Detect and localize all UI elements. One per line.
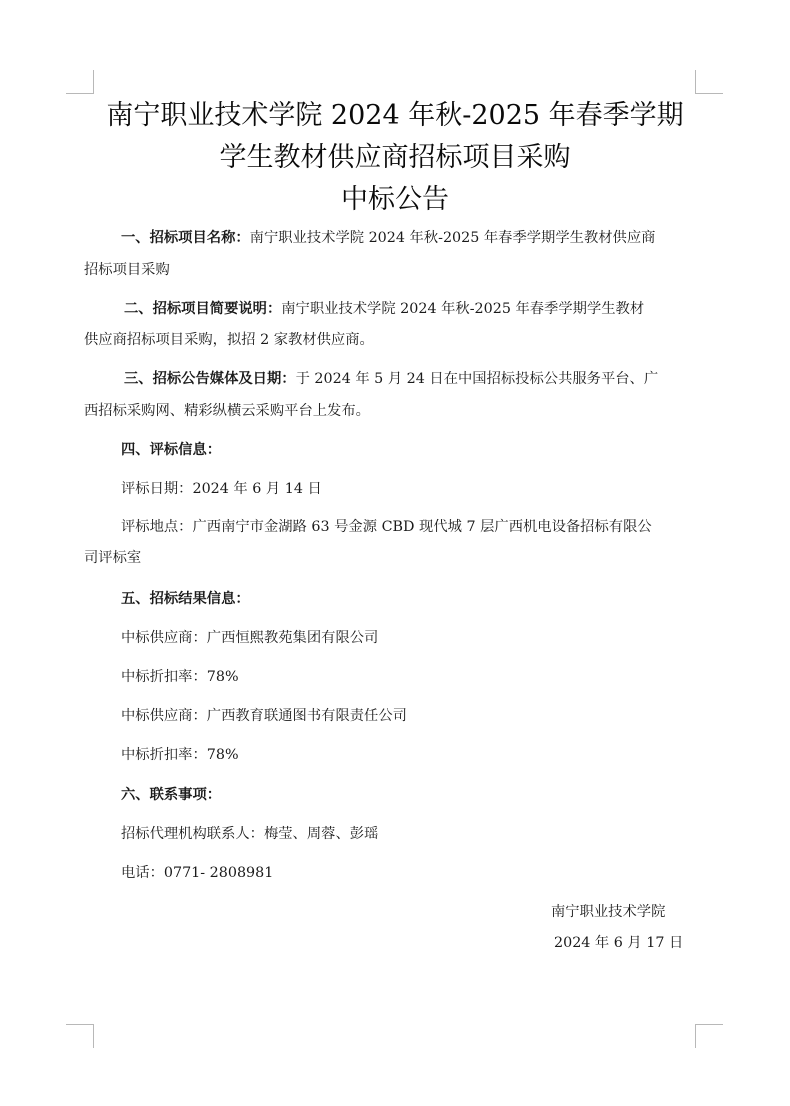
evaluation-location-continued: 司评标室 — [84, 548, 141, 568]
section-1-text: 南宁职业技术学院 2024 年秋-2025 年春季学期学生教材供应商 — [250, 230, 656, 246]
evaluation-date: 评标日期：2024 年 6 月 14 日 — [121, 479, 322, 499]
page-corner-mark-bottom-right — [695, 1024, 723, 1048]
section-2-heading: 二、招标项目简要说明： — [124, 301, 281, 317]
agency-contacts: 招标代理机构联系人：梅莹、周蓉、彭瑶 — [121, 824, 378, 844]
section-4-heading: 四、评标信息： — [121, 440, 221, 460]
signature-organization: 南宁职业技术学院 — [551, 902, 665, 922]
section-6-heading: 六、联系事项： — [121, 785, 221, 805]
winning-supplier-2: 中标供应商：广西教育联通图书有限责任公司 — [121, 706, 407, 726]
section-2: 二、招标项目简要说明：南宁职业技术学院 2024 年秋-2025 年春季学期学生… — [124, 299, 644, 319]
section-2-text-continued: 供应商招标项目采购，拟招 2 家教材供应商。 — [84, 330, 374, 350]
signature-date: 2024 年 6 月 17 日 — [554, 933, 683, 953]
section-5-heading: 五、招标结果信息： — [121, 589, 250, 609]
document-title-line-2: 学生教材供应商招标项目采购 — [0, 142, 790, 174]
document-title-line-3: 中标公告 — [0, 184, 790, 216]
winning-discount-rate-2: 中标折扣率：78% — [121, 745, 239, 765]
section-3: 三、招标公告媒体及日期：于 2024 年 5 月 24 日在中国招标投标公共服务… — [124, 369, 658, 389]
evaluation-location: 评标地点：广西南宁市金湖路 63 号金源 CBD 现代城 7 层广西机电设备招标… — [121, 517, 652, 537]
section-3-text: 于 2024 年 5 月 24 日在中国招标投标公共服务平台、广 — [296, 371, 659, 387]
section-2-text: 南宁职业技术学院 2024 年秋-2025 年春季学期学生教材 — [281, 301, 644, 317]
winning-supplier-1: 中标供应商：广西恒熙教苑集团有限公司 — [121, 628, 378, 648]
section-1-heading: 一、招标项目名称： — [121, 230, 250, 246]
contact-phone: 电话：0771- 2808981 — [121, 863, 273, 883]
page-corner-mark-top-left — [66, 70, 94, 94]
page-corner-mark-top-right — [695, 70, 723, 94]
section-3-heading: 三、招标公告媒体及日期： — [124, 371, 296, 387]
section-1-text-continued: 招标项目采购 — [84, 260, 170, 280]
page-corner-mark-bottom-left — [66, 1024, 94, 1048]
section-1: 一、招标项目名称：南宁职业技术学院 2024 年秋-2025 年春季学期学生教材… — [121, 228, 655, 248]
document-title-line-1: 南宁职业技术学院 2024 年秋-2025 年春季学期 — [0, 100, 790, 132]
section-3-text-continued: 西招标采购网、精彩纵横云采购平台上发布。 — [84, 401, 370, 421]
winning-discount-rate-1: 中标折扣率：78% — [121, 667, 239, 687]
